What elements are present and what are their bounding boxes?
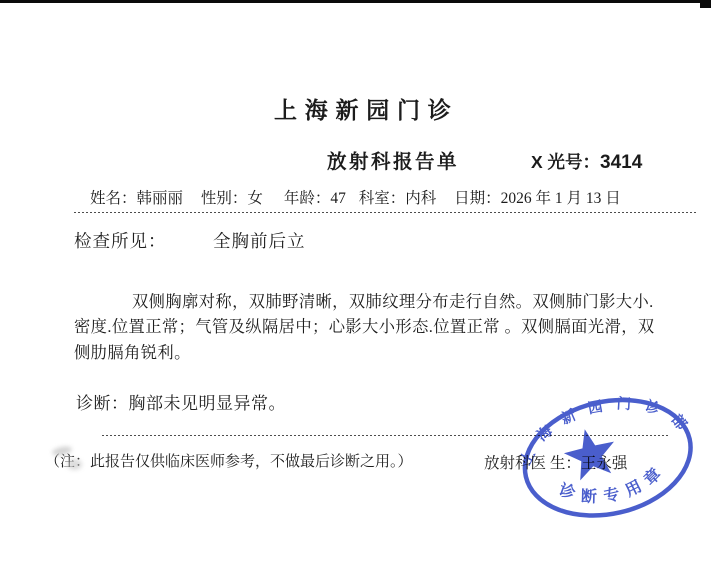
- patient-name: 姓名：韩丽丽: [90, 186, 183, 208]
- disclaimer-note: （注：此报告仅供临床医师参考，不做最后诊断之用。）: [45, 450, 413, 471]
- stamp-graphic: 上海新园门诊部 诊断专用章: [502, 372, 711, 546]
- scan-smudge: [67, 459, 82, 470]
- exam-type-value: 全胸前后立: [213, 228, 306, 253]
- report-date: 日期：2026 年 1 月 13 日: [454, 186, 621, 208]
- diagnosis-text: 胸部未见明显异常。: [129, 394, 287, 413]
- patient-gender: 性别：女: [201, 186, 263, 208]
- diagnosis-line: 诊断：胸部未见明显异常。: [76, 389, 286, 414]
- xray-number-field: X 光号：3414: [531, 149, 642, 174]
- findings-paragraph: 双侧胸廓对称，双肺野清晰，双肺纹理分布走行自然。双侧肺门影大小. 密度.位置正常…: [74, 289, 700, 365]
- findings-section-label: 检查所见：: [74, 228, 167, 253]
- patient-age: 年龄：47: [284, 186, 346, 208]
- stamp-bottom-text-holder: 诊断专用章: [553, 456, 675, 517]
- diagnosis-label: 诊断：: [76, 394, 129, 413]
- separator-dashed-line-top: [74, 212, 696, 214]
- stamp-star-icon: [560, 423, 621, 482]
- xray-number-label: X 光号：: [531, 152, 600, 172]
- xray-number-value: 3414: [600, 152, 642, 173]
- clinic-name-title: 上 海 新 园 门 诊: [274, 92, 452, 125]
- stamp-bottom-text: 诊断专用章: [553, 456, 675, 517]
- scan-artifact-top-edge: [0, 0, 711, 3]
- clinic-stamp: 上海新园门诊部 诊断专用章: [502, 372, 711, 546]
- findings-line: 侧肋膈角锐利。: [74, 340, 700, 365]
- findings-line: 双侧胸廓对称，双肺野清晰，双肺纹理分布走行自然。双侧肺门影大小.: [74, 289, 700, 314]
- scan-artifact-corner-mark: [700, 0, 711, 8]
- findings-line: 密度.位置正常；气管及纵隔居中；心影大小形态.位置正常 。双侧膈面光滑，双: [74, 314, 700, 339]
- report-title: 放射科报告单: [327, 146, 459, 174]
- patient-info-row: 姓名：韩丽丽 性别：女 年龄：47 科室：内科 日期：2026 年 1 月 13…: [90, 186, 702, 208]
- patient-department: 科室：内科: [359, 186, 437, 208]
- radiology-report-document: 上 海 新 园 门 诊 放射科报告单 X 光号：3414 姓名：韩丽丽 性别：女…: [0, 0, 711, 564]
